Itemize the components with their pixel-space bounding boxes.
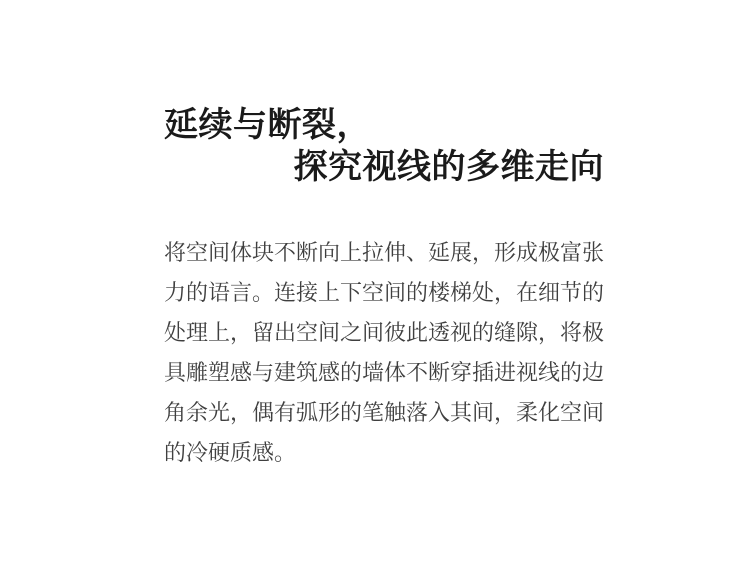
article-title-line1: 延续与断裂， xyxy=(164,104,604,146)
article-paragraph: 将空间体块不断向上拉伸、延展，形成极富张 力的语言。连接上下空间的楼梯处，在细节… xyxy=(164,234,606,474)
article-title: 延续与断裂， 探究视线的多维走向 xyxy=(164,104,604,188)
article-page: 延续与断裂， 探究视线的多维走向 将空间体块不断向上拉伸、延展，形成极富张 力的… xyxy=(0,0,752,580)
article-content: 延续与断裂， 探究视线的多维走向 将空间体块不断向上拉伸、延展，形成极富张 力的… xyxy=(164,104,606,474)
article-title-line2: 探究视线的多维走向 xyxy=(164,146,604,188)
